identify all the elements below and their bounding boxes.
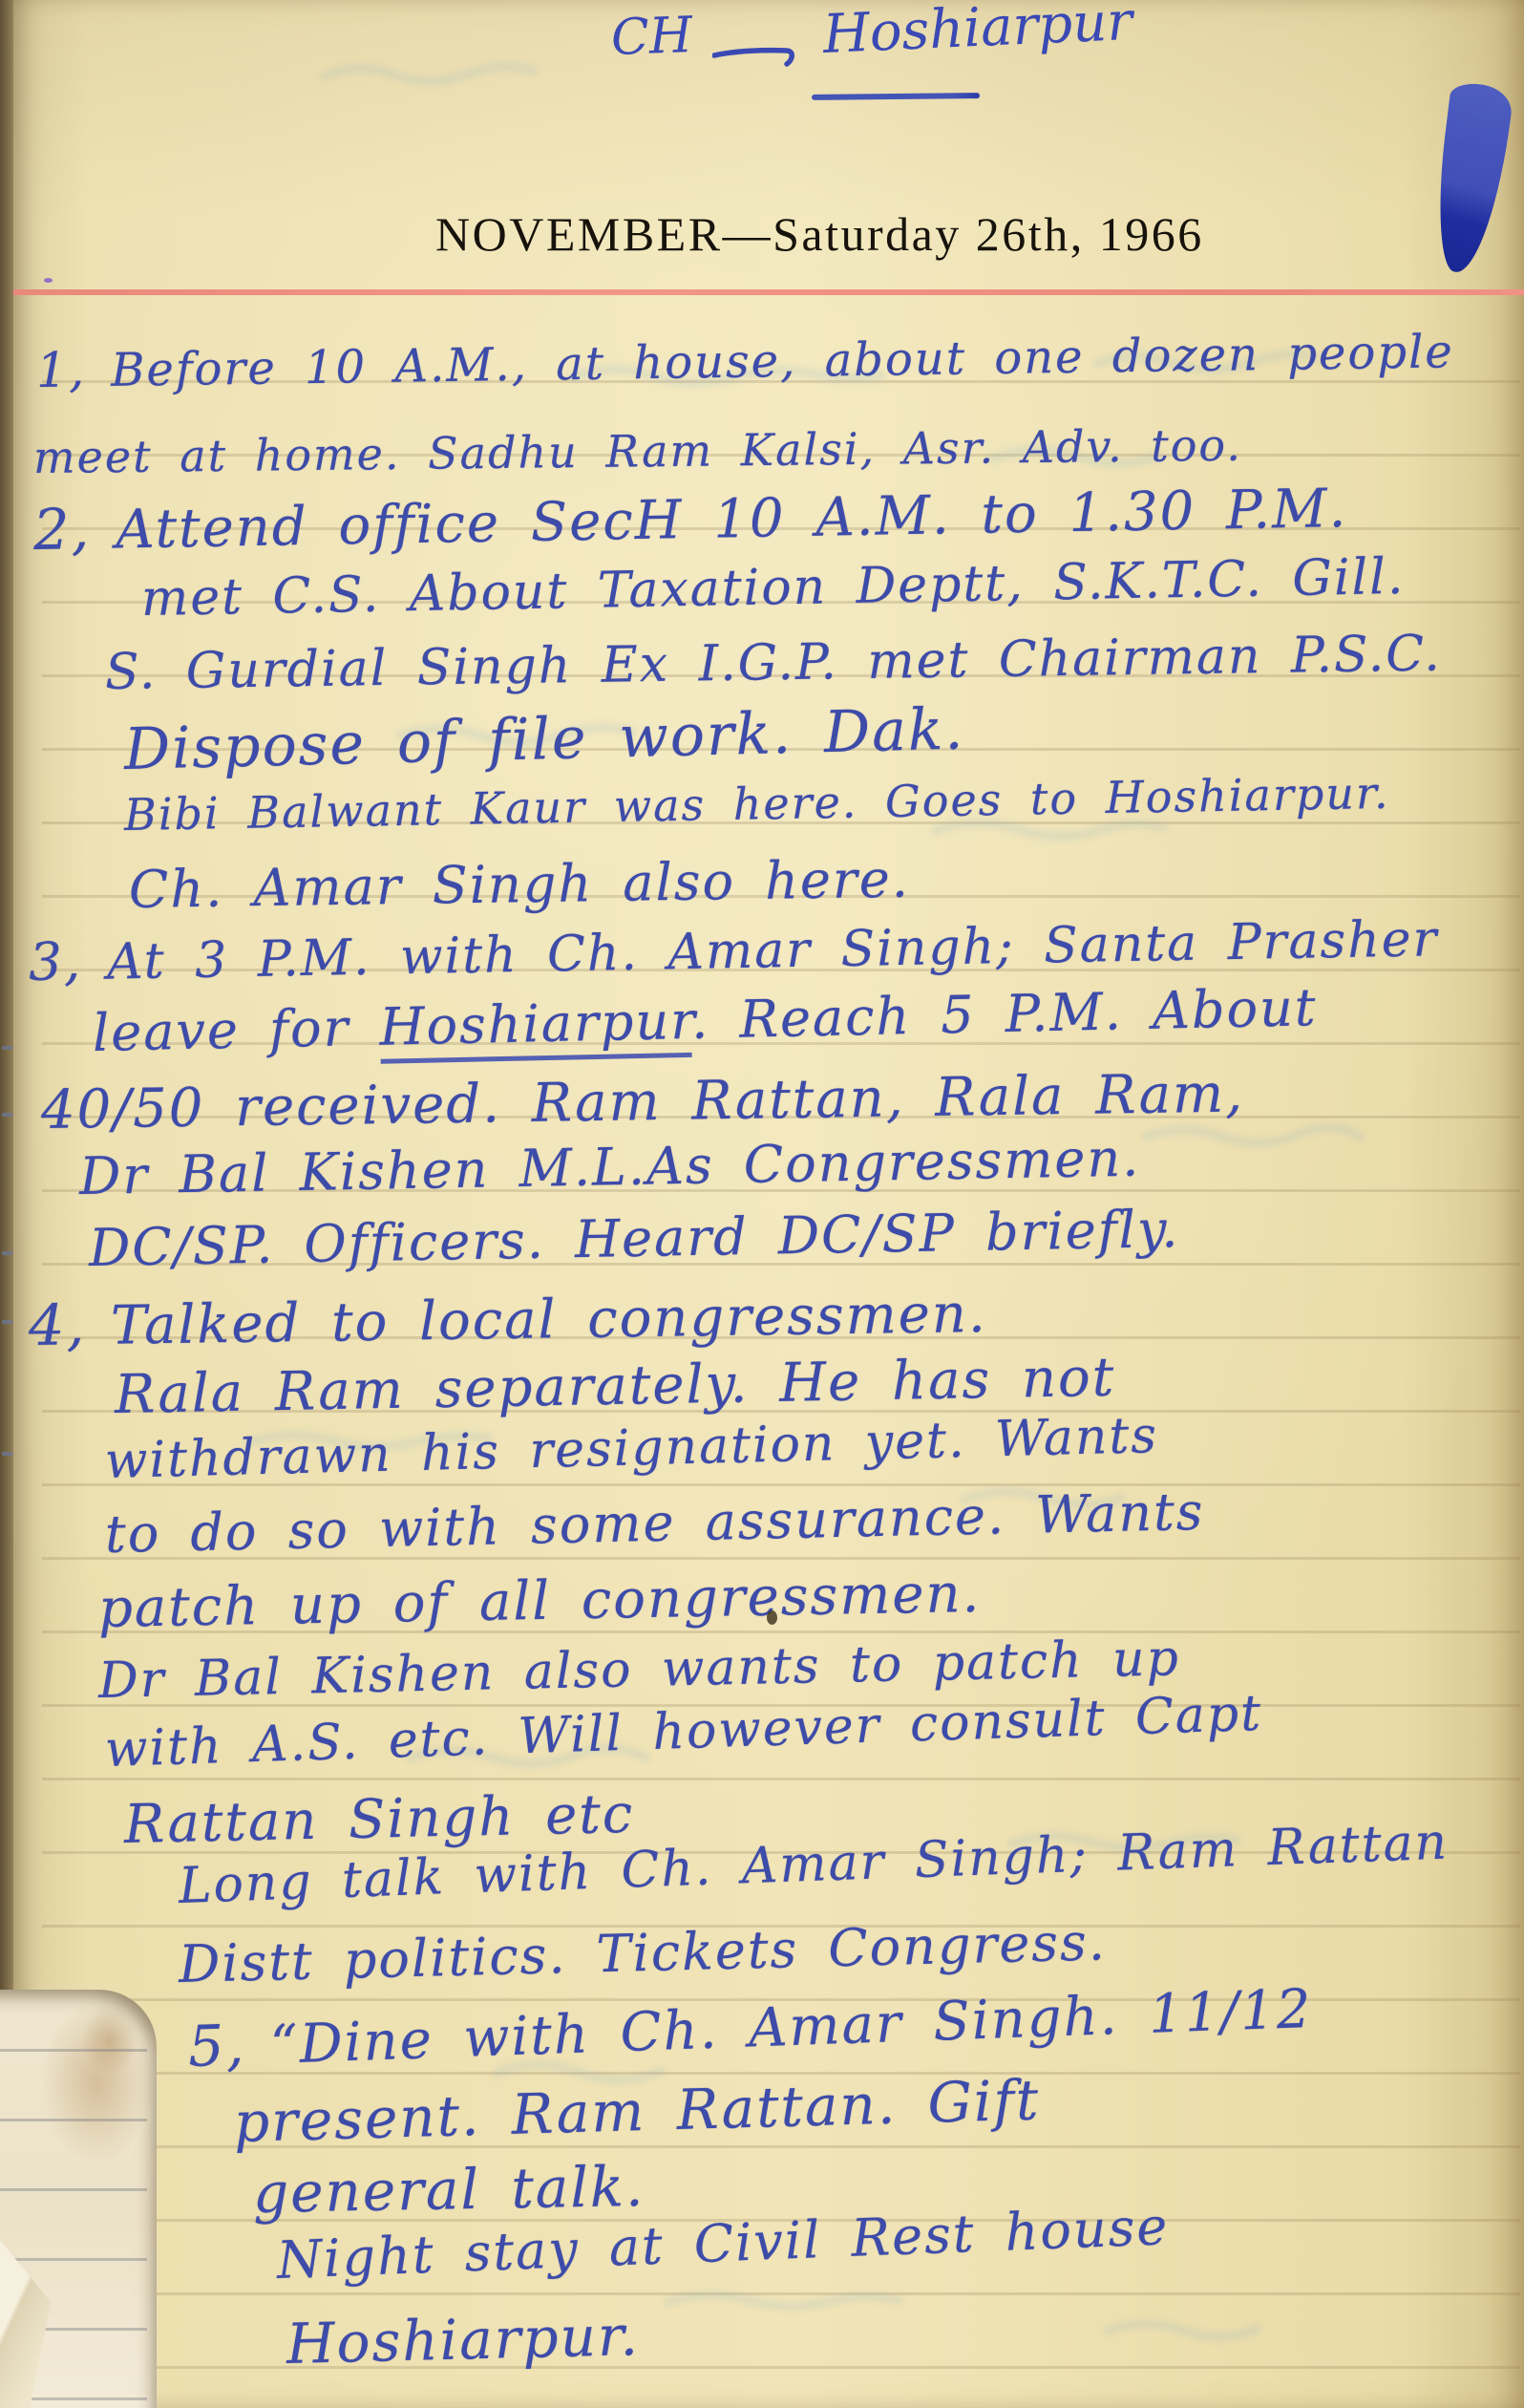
- diary-line: 4,Talked to local congressmen.: [29, 1279, 988, 1358]
- entry-number: 4,: [29, 1291, 87, 1358]
- arrow-icon: [712, 38, 798, 71]
- line-text: Ch. Amar Singh also here.: [129, 849, 911, 920]
- line-text: leave for: [92, 997, 380, 1063]
- annotation-origin: CH: [610, 7, 693, 67]
- page-edge-ink-mark: [2, 1251, 12, 1255]
- entry-number: 2,: [32, 496, 91, 563]
- line-text: Hoshiarpur.: [286, 2303, 640, 2376]
- entry-number: 5,: [187, 2012, 246, 2079]
- page-edge-ink-mark: [2, 1046, 12, 1050]
- underlying-page-corner: [0, 1990, 157, 2408]
- page-edge-ink-mark: [2, 1452, 12, 1456]
- underlined-word: Hoshiarpur: [379, 991, 692, 1064]
- page-edge-ink-mark: [2, 1113, 12, 1117]
- page-date-header: NOVEMBER—Saturday 26th, 1966: [435, 206, 1204, 262]
- diary-line: Hoshiarpur.: [286, 2303, 640, 2376]
- diary-photo: NOVEMBER—Saturday 26th, 1966 CH Hoshiarp…: [0, 0, 1524, 2408]
- diary-line: Ch. Amar Singh also here.: [129, 849, 911, 920]
- printed-red-rule: [13, 289, 1524, 295]
- line-text: general talk.: [252, 2154, 646, 2226]
- entry-number: 3,: [28, 930, 82, 992]
- entry-number: 1,: [36, 341, 87, 398]
- diary-line: general talk.: [252, 2154, 646, 2226]
- line-text: Talked to local congressmen.: [111, 1283, 987, 1357]
- page-edge-ink-mark: [2, 1320, 12, 1324]
- ink-speck: [44, 278, 53, 283]
- paper-speck: [767, 1610, 777, 1625]
